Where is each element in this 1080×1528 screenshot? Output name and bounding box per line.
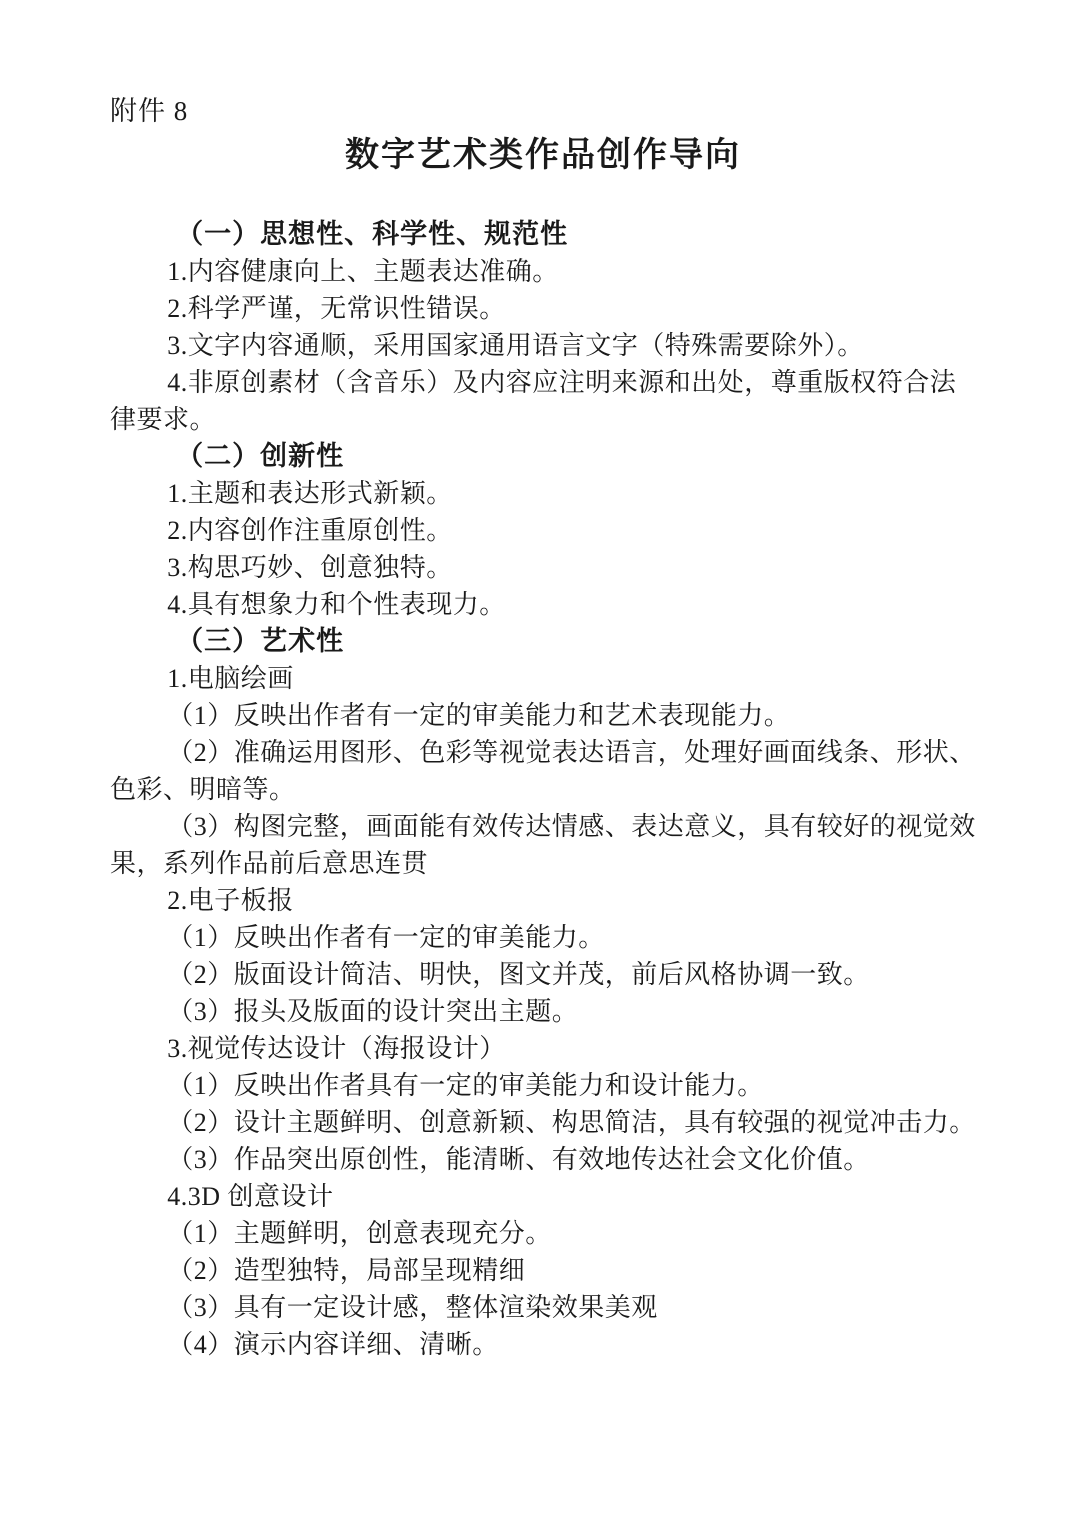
- list-item: 1.内容健康向上、主题表达准确。: [110, 253, 976, 290]
- list-item: （3）构图完整，画面能有效传达情感、表达意义，具有较好的视觉效果，系列作品前后意…: [110, 808, 976, 882]
- subsection-title: 1.电脑绘画: [110, 660, 976, 697]
- list-item: 4.非原创素材（含音乐）及内容应注明来源和出处，尊重版权符合法律要求。: [110, 364, 976, 438]
- section-heading: （三）艺术性: [110, 623, 976, 660]
- document-sections: （一）思想性、科学性、规范性1.内容健康向上、主题表达准确。2.科学严谨，无常识…: [110, 216, 976, 1363]
- list-item: 3.构思巧妙、创意独特。: [110, 549, 976, 586]
- list-item: （2）准确运用图形、色彩等视觉表达语言，处理好画面线条、形状、色彩、明暗等。: [110, 734, 976, 808]
- list-item: 2.科学严谨，无常识性错误。: [110, 290, 976, 327]
- page-title: 数字艺术类作品创作导向: [110, 134, 976, 178]
- list-item: （4）演示内容详细、清晰。: [110, 1326, 976, 1363]
- list-item: （1）主题鲜明，创意表现充分。: [110, 1215, 976, 1252]
- subsection-title: 2.电子板报: [110, 882, 976, 919]
- subsection-title: 3.视觉传达设计（海报设计）: [110, 1030, 976, 1067]
- list-item: （2）设计主题鲜明、创意新颖、构思简洁，具有较强的视觉冲击力。: [110, 1104, 976, 1141]
- list-item: （1）反映出作者具有一定的审美能力和设计能力。: [110, 1067, 976, 1104]
- document-page: 附件 8 数字艺术类作品创作导向 （一）思想性、科学性、规范性1.内容健康向上、…: [0, 0, 1080, 1528]
- list-item: 1.主题和表达形式新颖。: [110, 475, 976, 512]
- list-item: （2）版面设计简洁、明快，图文并茂，前后风格协调一致。: [110, 956, 976, 993]
- list-item: 2.内容创作注重原创性。: [110, 512, 976, 549]
- list-item: 4.具有想象力和个性表现力。: [110, 586, 976, 623]
- subsection-title: 4.3D 创意设计: [110, 1178, 976, 1215]
- list-item: （3）报头及版面的设计突出主题。: [110, 993, 976, 1030]
- list-item: （3）具有一定设计感，整体渲染效果美观: [110, 1289, 976, 1326]
- attachment-label: 附件 8: [110, 94, 976, 128]
- section-heading: （二）创新性: [110, 438, 976, 475]
- list-item: （1）反映出作者有一定的审美能力和艺术表现能力。: [110, 697, 976, 734]
- list-item: （3）作品突出原创性，能清晰、有效地传达社会文化价值。: [110, 1141, 976, 1178]
- list-item: 3.文字内容通顺，采用国家通用语言文字（特殊需要除外）。: [110, 327, 976, 364]
- section-heading: （一）思想性、科学性、规范性: [110, 216, 976, 253]
- list-item: （2）造型独特，局部呈现精细: [110, 1252, 976, 1289]
- list-item: （1）反映出作者有一定的审美能力。: [110, 919, 976, 956]
